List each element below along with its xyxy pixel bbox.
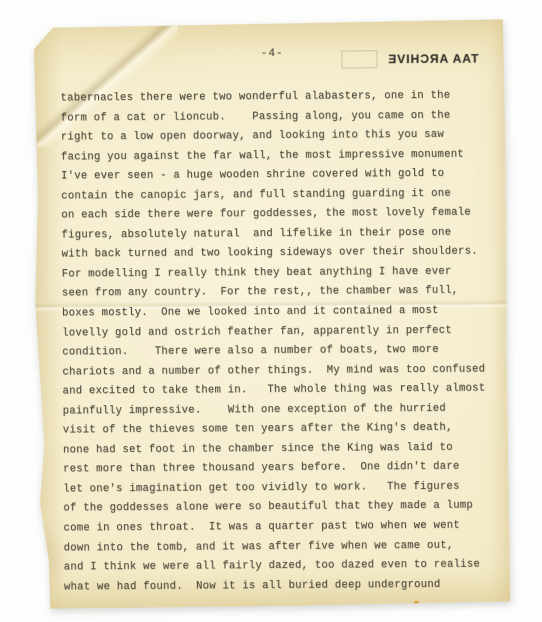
paper-wrapper: -4- TAA ARCHIVE tabernacles there were t… xyxy=(32,19,512,608)
scanned-document-view: -4- TAA ARCHIVE tabernacles there were t… xyxy=(0,0,542,622)
stamp-box-outline xyxy=(341,50,377,68)
paper-sheet: -4- TAA ARCHIVE tabernacles there were t… xyxy=(32,19,512,608)
typewritten-line: what we had found. Now it is all buried … xyxy=(64,575,494,598)
typewritten-line: and I think we were all fairly dazed, to… xyxy=(64,556,494,579)
typewritten-line: I've ever seen - a huge wooden shrine co… xyxy=(61,165,491,188)
archive-stamp-text: TAA ARCHIVE xyxy=(387,52,478,67)
typewritten-body: tabernacles there were two wonderful ala… xyxy=(60,86,494,597)
typewritten-line: right to a low open doorway, and looking… xyxy=(61,126,491,149)
typewritten-line: and excited to take them in. The whole t… xyxy=(62,380,492,403)
typewritten-line: boxes mostly. One we looked into and it … xyxy=(62,301,492,324)
ink-bleed-stamp-row: TAA ARCHIVE xyxy=(341,50,478,69)
typewritten-line: condition. There were also a number of b… xyxy=(62,341,492,364)
orange-ink-spot xyxy=(414,601,419,606)
page-number: -4- xyxy=(242,48,302,60)
typewritten-line: come in ones throat. It was a quarter pa… xyxy=(63,516,493,539)
typewritten-line: tabernacles there were two wonderful ala… xyxy=(60,86,490,109)
